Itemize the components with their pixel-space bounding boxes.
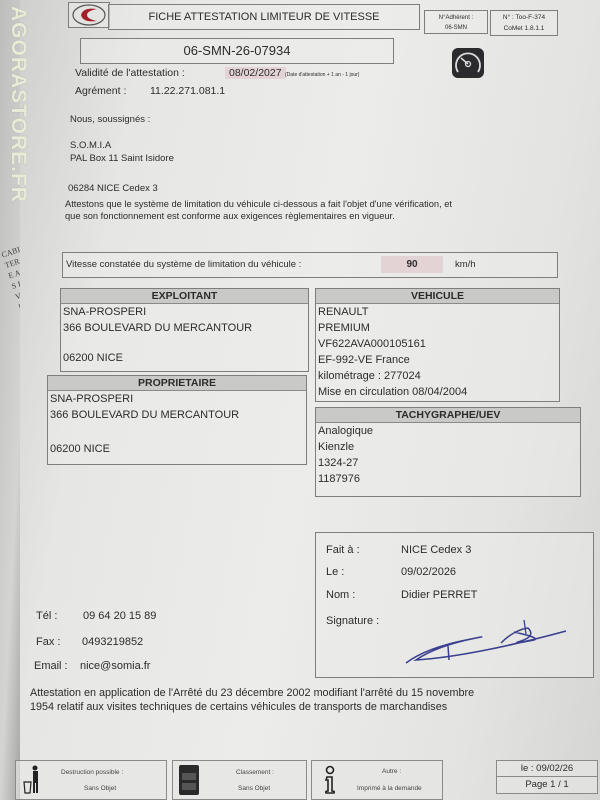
tel-label: Tél : bbox=[36, 610, 57, 622]
le-label: Le : bbox=[326, 566, 344, 578]
tachygraphe-line: 1187976 bbox=[316, 471, 580, 487]
adherent-label: N°Adhérent : bbox=[425, 13, 487, 23]
speed-unit: km/h bbox=[455, 259, 476, 270]
validity-label: Validité de l'attestation : bbox=[75, 67, 185, 79]
filing-cabinet-icon bbox=[177, 763, 201, 797]
fait-label: Fait à : bbox=[326, 544, 360, 556]
reference-version: CoMet 1.8.1.1 bbox=[491, 23, 557, 34]
somia-logo-icon bbox=[69, 3, 109, 27]
email-label: Email : bbox=[34, 660, 68, 672]
logo-box bbox=[68, 2, 110, 28]
intro-text: Nous, soussignés : bbox=[70, 114, 150, 125]
vehicule-line: VF622AVA000105161 bbox=[316, 336, 559, 352]
validity-note: (Date d'attestation + 1 an - 1 jour) bbox=[285, 72, 359, 78]
signatory-name: S.O.M.I.A bbox=[70, 140, 111, 151]
reference-box: N° : Too-F-374 CoMet 1.8.1.1 bbox=[490, 10, 558, 36]
attestation-sheet: FICHE ATTESTATION LIMITEUR DE VITESSE N°… bbox=[20, 0, 600, 800]
exploitant-title: EXPLOITANT bbox=[61, 289, 308, 304]
reference-number: N° : Too-F-374 bbox=[491, 12, 557, 23]
attestation-number: 06-SMN-26-07934 bbox=[80, 38, 394, 64]
tel-value: 09 64 20 15 89 bbox=[83, 610, 156, 622]
classement-label: Classement : bbox=[236, 769, 274, 776]
footer-destruction: Destruction possible : Sans Objet bbox=[15, 760, 167, 800]
agrement-value: 11.22.271.081.1 bbox=[150, 85, 225, 97]
legal-line-2: 1954 relatif aux visites techniques de c… bbox=[30, 701, 447, 713]
signatory-address: PAL Box 11 Saint Isidore bbox=[70, 153, 174, 164]
tachygraphe-title: TACHYGRAPHE/UEV bbox=[316, 408, 580, 423]
fax-value: 0493219852 bbox=[82, 636, 143, 648]
footer-autre: Autre : Imprimé à la demande bbox=[311, 760, 443, 800]
vehicule-line: Mise en circulation 08/04/2004 bbox=[316, 384, 559, 400]
page-number: Page 1 / 1 bbox=[497, 777, 597, 792]
tachygraphe-section: TACHYGRAPHE/UEV AnalogiqueKienzle1324-27… bbox=[315, 407, 581, 497]
speed-label: Vitesse constatée du système de limitati… bbox=[66, 259, 301, 270]
signature-label: Signature : bbox=[326, 615, 379, 627]
validity-value: 08/02/2027 bbox=[225, 67, 286, 79]
autre-label: Autre : bbox=[382, 768, 401, 775]
autre-value: Imprimé à la demande bbox=[357, 785, 422, 792]
fax-label: Fax : bbox=[36, 636, 60, 648]
proprietaire-name: SNA-PROSPERI bbox=[48, 391, 306, 407]
footer-page-info: le : 09/02/26 Page 1 / 1 bbox=[496, 760, 598, 794]
footer-classement: Classement : Sans Objet bbox=[172, 760, 307, 800]
tachygraphe-line: Analogique bbox=[316, 423, 580, 439]
fait-value: NICE Cedex 3 bbox=[401, 544, 471, 556]
info-icon bbox=[322, 765, 338, 795]
proprietaire-section: PROPRIETAIRE SNA-PROSPERI 366 BOULEVARD … bbox=[47, 375, 307, 465]
adherent-box: N°Adhérent : 06-SMN bbox=[424, 10, 488, 34]
nom-value: Didier PERRET bbox=[401, 589, 477, 601]
exploitant-city: 06200 NICE bbox=[61, 350, 308, 366]
le-value: 09/02/2026 bbox=[401, 566, 456, 578]
exploitant-address: 366 BOULEVARD DU MERCANTOUR bbox=[61, 320, 308, 336]
handwritten-signature bbox=[396, 618, 571, 668]
adherent-value: 06-SMN bbox=[425, 23, 487, 33]
exploitant-section: EXPLOITANT SNA-PROSPERI 366 BOULEVARD DU… bbox=[60, 288, 309, 372]
signatory-city: 06284 NICE Cedex 3 bbox=[68, 183, 158, 194]
speedometer-icon bbox=[452, 48, 484, 78]
speed-value: 90 bbox=[381, 256, 443, 273]
proprietaire-title: PROPRIETAIRE bbox=[48, 376, 306, 391]
document-title: FICHE ATTESTATION LIMITEUR DE VITESSE bbox=[108, 4, 420, 30]
classement-value: Sans Objet bbox=[238, 785, 270, 792]
vehicule-section: VEHICULE RENAULTPREMIUMVF622AVA000105161… bbox=[315, 288, 560, 402]
agorastore-watermark: AGORASTORE.FR bbox=[4, 6, 30, 266]
speed-box: Vitesse constatée du système de limitati… bbox=[62, 252, 558, 278]
tachygraphe-line: Kienzle bbox=[316, 439, 580, 455]
vehicule-line: EF-992-VE France bbox=[316, 352, 559, 368]
vehicule-title: VEHICULE bbox=[316, 289, 559, 304]
vehicule-line: PREMIUM bbox=[316, 320, 559, 336]
destruction-label: Destruction possible : bbox=[61, 769, 123, 776]
tachygraphe-line: 1324-27 bbox=[316, 455, 580, 471]
vehicule-line: kilométrage : 277024 bbox=[316, 368, 559, 384]
agrement-label: Agrément : bbox=[75, 85, 126, 97]
vehicule-line: RENAULT bbox=[316, 304, 559, 320]
statement-line-1: Attestons que le système de limitation d… bbox=[65, 199, 452, 209]
legal-line-1: Attestation en application de l'Arrêté d… bbox=[30, 687, 474, 699]
signature-section: Fait à : NICE Cedex 3 Le : 09/02/2026 No… bbox=[315, 532, 594, 678]
trash-bin-icon bbox=[22, 765, 42, 795]
statement-line-2: que son fonctionnement est conforme aux … bbox=[65, 211, 395, 221]
proprietaire-address: 366 BOULEVARD DU MERCANTOUR bbox=[48, 407, 306, 423]
print-date: le : 09/02/26 bbox=[497, 761, 597, 777]
nom-label: Nom : bbox=[326, 589, 355, 601]
exploitant-name: SNA-PROSPERI bbox=[61, 304, 308, 320]
email-value[interactable]: nice@somia.fr bbox=[80, 660, 150, 672]
destruction-value: Sans Objet bbox=[84, 785, 116, 792]
proprietaire-city: 06200 NICE bbox=[48, 441, 306, 457]
